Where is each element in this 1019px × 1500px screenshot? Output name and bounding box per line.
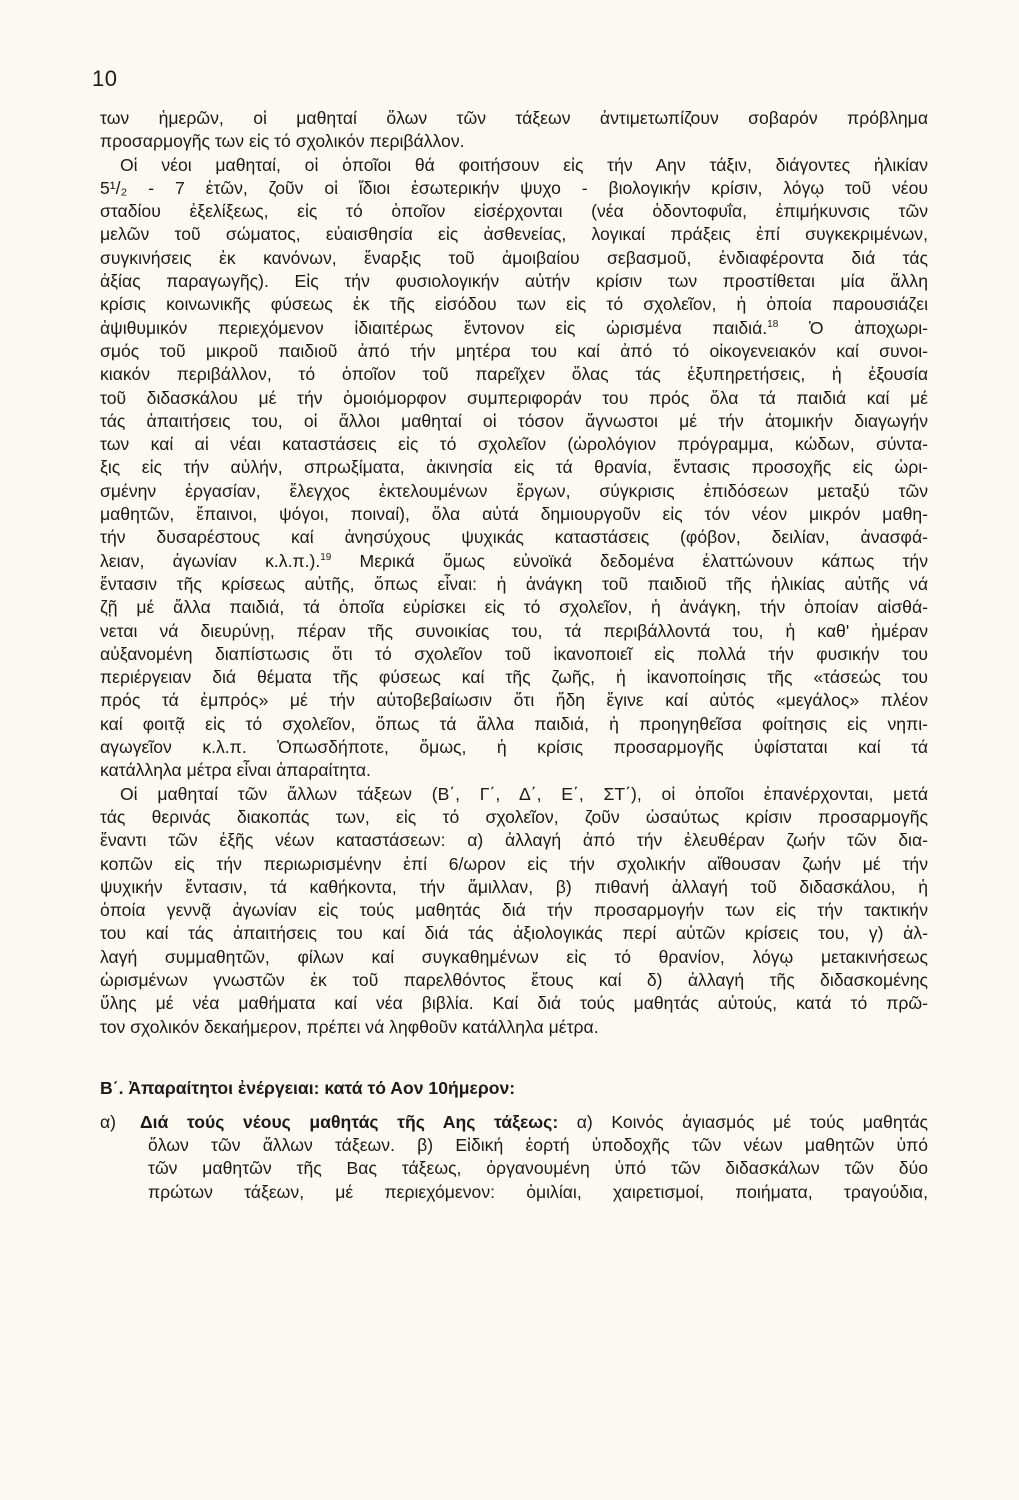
list-item: α)Διά τούς νέους μαθητάς τῆς Αης τάξεως:…: [100, 1111, 928, 1204]
text-line: τοῦ διδασκάλου μέ τήν ὁμοιόμορφον συμπερ…: [100, 387, 928, 410]
document-body: των ἡμερῶν, οἱ μαθηταί ὅλων τῶν τάξεων ἀ…: [100, 107, 928, 1204]
text-line: σταδίου ἐξελίξεως, εἰς τό ὁποῖον εἰσέρχο…: [100, 200, 928, 223]
text-line: ζῇ μέ ἄλλα παιδιά, τά ὁποῖα εὑρίσκει εἰς…: [100, 596, 928, 619]
text-line: λειαν, ἀγωνίαν κ.λ.π.).19 Μερικά ὅμως εὐ…: [100, 550, 928, 573]
text-segment: Ὁ ἀποχωρι-: [778, 318, 928, 338]
paragraph-3: Οἱ μαθηταί τῶν ἄλλων τάξεων (Β΄, Γ΄, Δ΄,…: [100, 783, 928, 1039]
list-label: α): [100, 1111, 140, 1134]
text-line: αὐξανομένη διαπίστωσις ὅτι τό σχολεῖον τ…: [100, 643, 928, 666]
footnote-ref-18[interactable]: 18: [767, 319, 778, 330]
text-line: α)Διά τούς νέους μαθητάς τῆς Αης τάξεως:…: [100, 1111, 928, 1134]
text-line: αγωγεῖον κ.λ.π. Ὁπωσδήποτε, ὅμως, ἡ κρίσ…: [100, 736, 928, 759]
paragraph-1: των ἡμερῶν, οἱ μαθηταί ὅλων τῶν τάξεων ἀ…: [100, 107, 928, 154]
text-line: των ἡμερῶν, οἱ μαθηταί ὅλων τῶν τάξεων ἀ…: [100, 107, 928, 130]
text-line: καί φοιτᾷ εἰς τό σχολεῖον, ὅπως τά ἄλλα …: [100, 713, 928, 736]
text-line: ὕλης μέ νέα μαθήματα καί νέα βιβλία. Καί…: [100, 992, 928, 1015]
text-line: πρός τά ἐμπρός» μέ τήν αὐτοβεβαίωσιν ὅτι…: [100, 689, 928, 712]
text-line: κοπῶν εἰς τήν περιωρισμένην ἐπί 6/ωρον ε…: [100, 853, 928, 876]
text-line: ἀψιθυμικόν περιεχόμενον ἰδιαιτέρως ἔντον…: [100, 317, 928, 340]
page-number: 10: [92, 66, 117, 92]
list-item-lead: Διά τούς νέους μαθητάς τῆς Αης τάξεως:: [140, 1112, 558, 1132]
text-line: σμός τοῦ μικροῦ παιδιοῦ ἀπό τήν μητέρα τ…: [100, 340, 928, 363]
section-heading: Β΄. Ἀπαραίτητοι ἐνέργειαι: κατά τό Αον 1…: [100, 1077, 928, 1101]
text-line: προσαρμογῆς των εἰς τό σχολικόν περιβάλλ…: [100, 130, 928, 153]
text-line: πρώτων τάξεων, μέ περιεχόμενον: ὁμιλίαι,…: [100, 1181, 928, 1204]
text-line: κιακόν περιβάλλον, τό ὁποῖον τοῦ παρεῖχε…: [100, 363, 928, 386]
text-line: ψυχικήν ἔντασιν, τά καθήκοντα, τήν ἅμιλλ…: [100, 876, 928, 899]
text-segment: ἀψιθυμικόν περιεχόμενον ἰδιαιτέρως ἔντον…: [100, 318, 767, 338]
text-line: Οἱ μαθηταί τῶν ἄλλων τάξεων (Β΄, Γ΄, Δ΄,…: [100, 783, 928, 806]
text-segment: α) Κοινός ἁγιασμός μέ τούς μαθητάς: [558, 1112, 928, 1132]
text-line: ἀξίας παραγωγῆς). Εἰς τήν φυσιολογικήν α…: [100, 270, 928, 293]
text-line: ὡρισμένων γνωστῶν ἐκ τοῦ παρελθόντος ἔτο…: [100, 969, 928, 992]
text-line: ὁποία γεννᾷ ἀγωνίαν εἰς τούς μαθητάς διά…: [100, 899, 928, 922]
text-line: κρίσις κοινωνικῆς φύσεως ἐκ τῆς εἰσόδου …: [100, 293, 928, 316]
text-line: ὅλων τῶν ἄλλων τάξεων. β) Εἰδική ἑορτή ὑ…: [100, 1134, 928, 1157]
text-line: ἔντασιν τῆς κρίσεως αὐτῆς, ὅπως εἶναι: ἡ…: [100, 573, 928, 596]
text-line: τήν δυσαρέστους καί ἀνησύχους ψυχικάς κα…: [100, 526, 928, 549]
text-line: κατάλληλα μέτρα εἶναι ἀπαραίτητα.: [100, 759, 928, 782]
text-segment: λειαν, ἀγωνίαν κ.λ.π.).: [100, 551, 320, 571]
paragraph-2: Οἱ νέοι μαθηταί, οἱ ὁποῖοι θά φοιτήσουν …: [100, 154, 928, 783]
text-line: μαθητῶν, ἔπαινοι, ψόγοι, ποιναί), ὅλα αὐ…: [100, 503, 928, 526]
text-line: τον σχολικόν δεκαήμερον, πρέπει νά ληφθο…: [100, 1016, 928, 1039]
text-line: νεται νά διευρύνῃ, πέραν τῆς συνοικίας τ…: [100, 620, 928, 643]
text-line: των καί αἱ νέαι καταστάσεις εἰς τό σχολε…: [100, 433, 928, 456]
text-line: ἔναντι τῶν ἑξῆς νέων καταστάσεων: α) ἀλλ…: [100, 829, 928, 852]
text-line: 5¹/₂ - 7 ἐτῶν, ζοῦν οἱ ἴδιοι ἐσωτερικήν …: [100, 177, 928, 200]
text-line: τάς ἀπαιτήσεις του, οἱ ἄλλοι μαθηταί οἱ …: [100, 410, 928, 433]
text-line: σμένην ἐργασίαν, ἔλεγχος ἐκτελουμένων ἔρ…: [100, 480, 928, 503]
text-line: Οἱ νέοι μαθηταί, οἱ ὁποῖοι θά φοιτήσουν …: [100, 154, 928, 177]
text-line: λαγή συμμαθητῶν, φίλων καί συγκαθημένων …: [100, 946, 928, 969]
text-line: τῶν μαθητῶν τῆς Βας τάξεως, ὀργανουμένη …: [100, 1157, 928, 1180]
text-line: τάς θερινάς διακοπάς των, εἰς τό σχολεῖο…: [100, 806, 928, 829]
text-line: ξις εἰς τήν αὐλήν, σπρωξίματα, ἀκινησία …: [100, 456, 928, 479]
text-line: περιέργειαν διά θέματα τῆς φύσεως καί τῆ…: [100, 666, 928, 689]
text-line: μελῶν τοῦ σώματος, εὐαισθησία εἰς ἀσθενε…: [100, 223, 928, 246]
text-segment: Μερικά ὅμως εὐνοϊκά δεδομένα ἐλαττώνουν …: [331, 551, 928, 571]
text-line: του καί τάς ἀπαιτήσεις του καί διά τάς ἀ…: [100, 922, 928, 945]
footnote-ref-19[interactable]: 19: [320, 552, 331, 563]
text-line: συγκινήσεις ἐκ κανόνων, ἔναρξις τοῦ ἀμοι…: [100, 247, 928, 270]
